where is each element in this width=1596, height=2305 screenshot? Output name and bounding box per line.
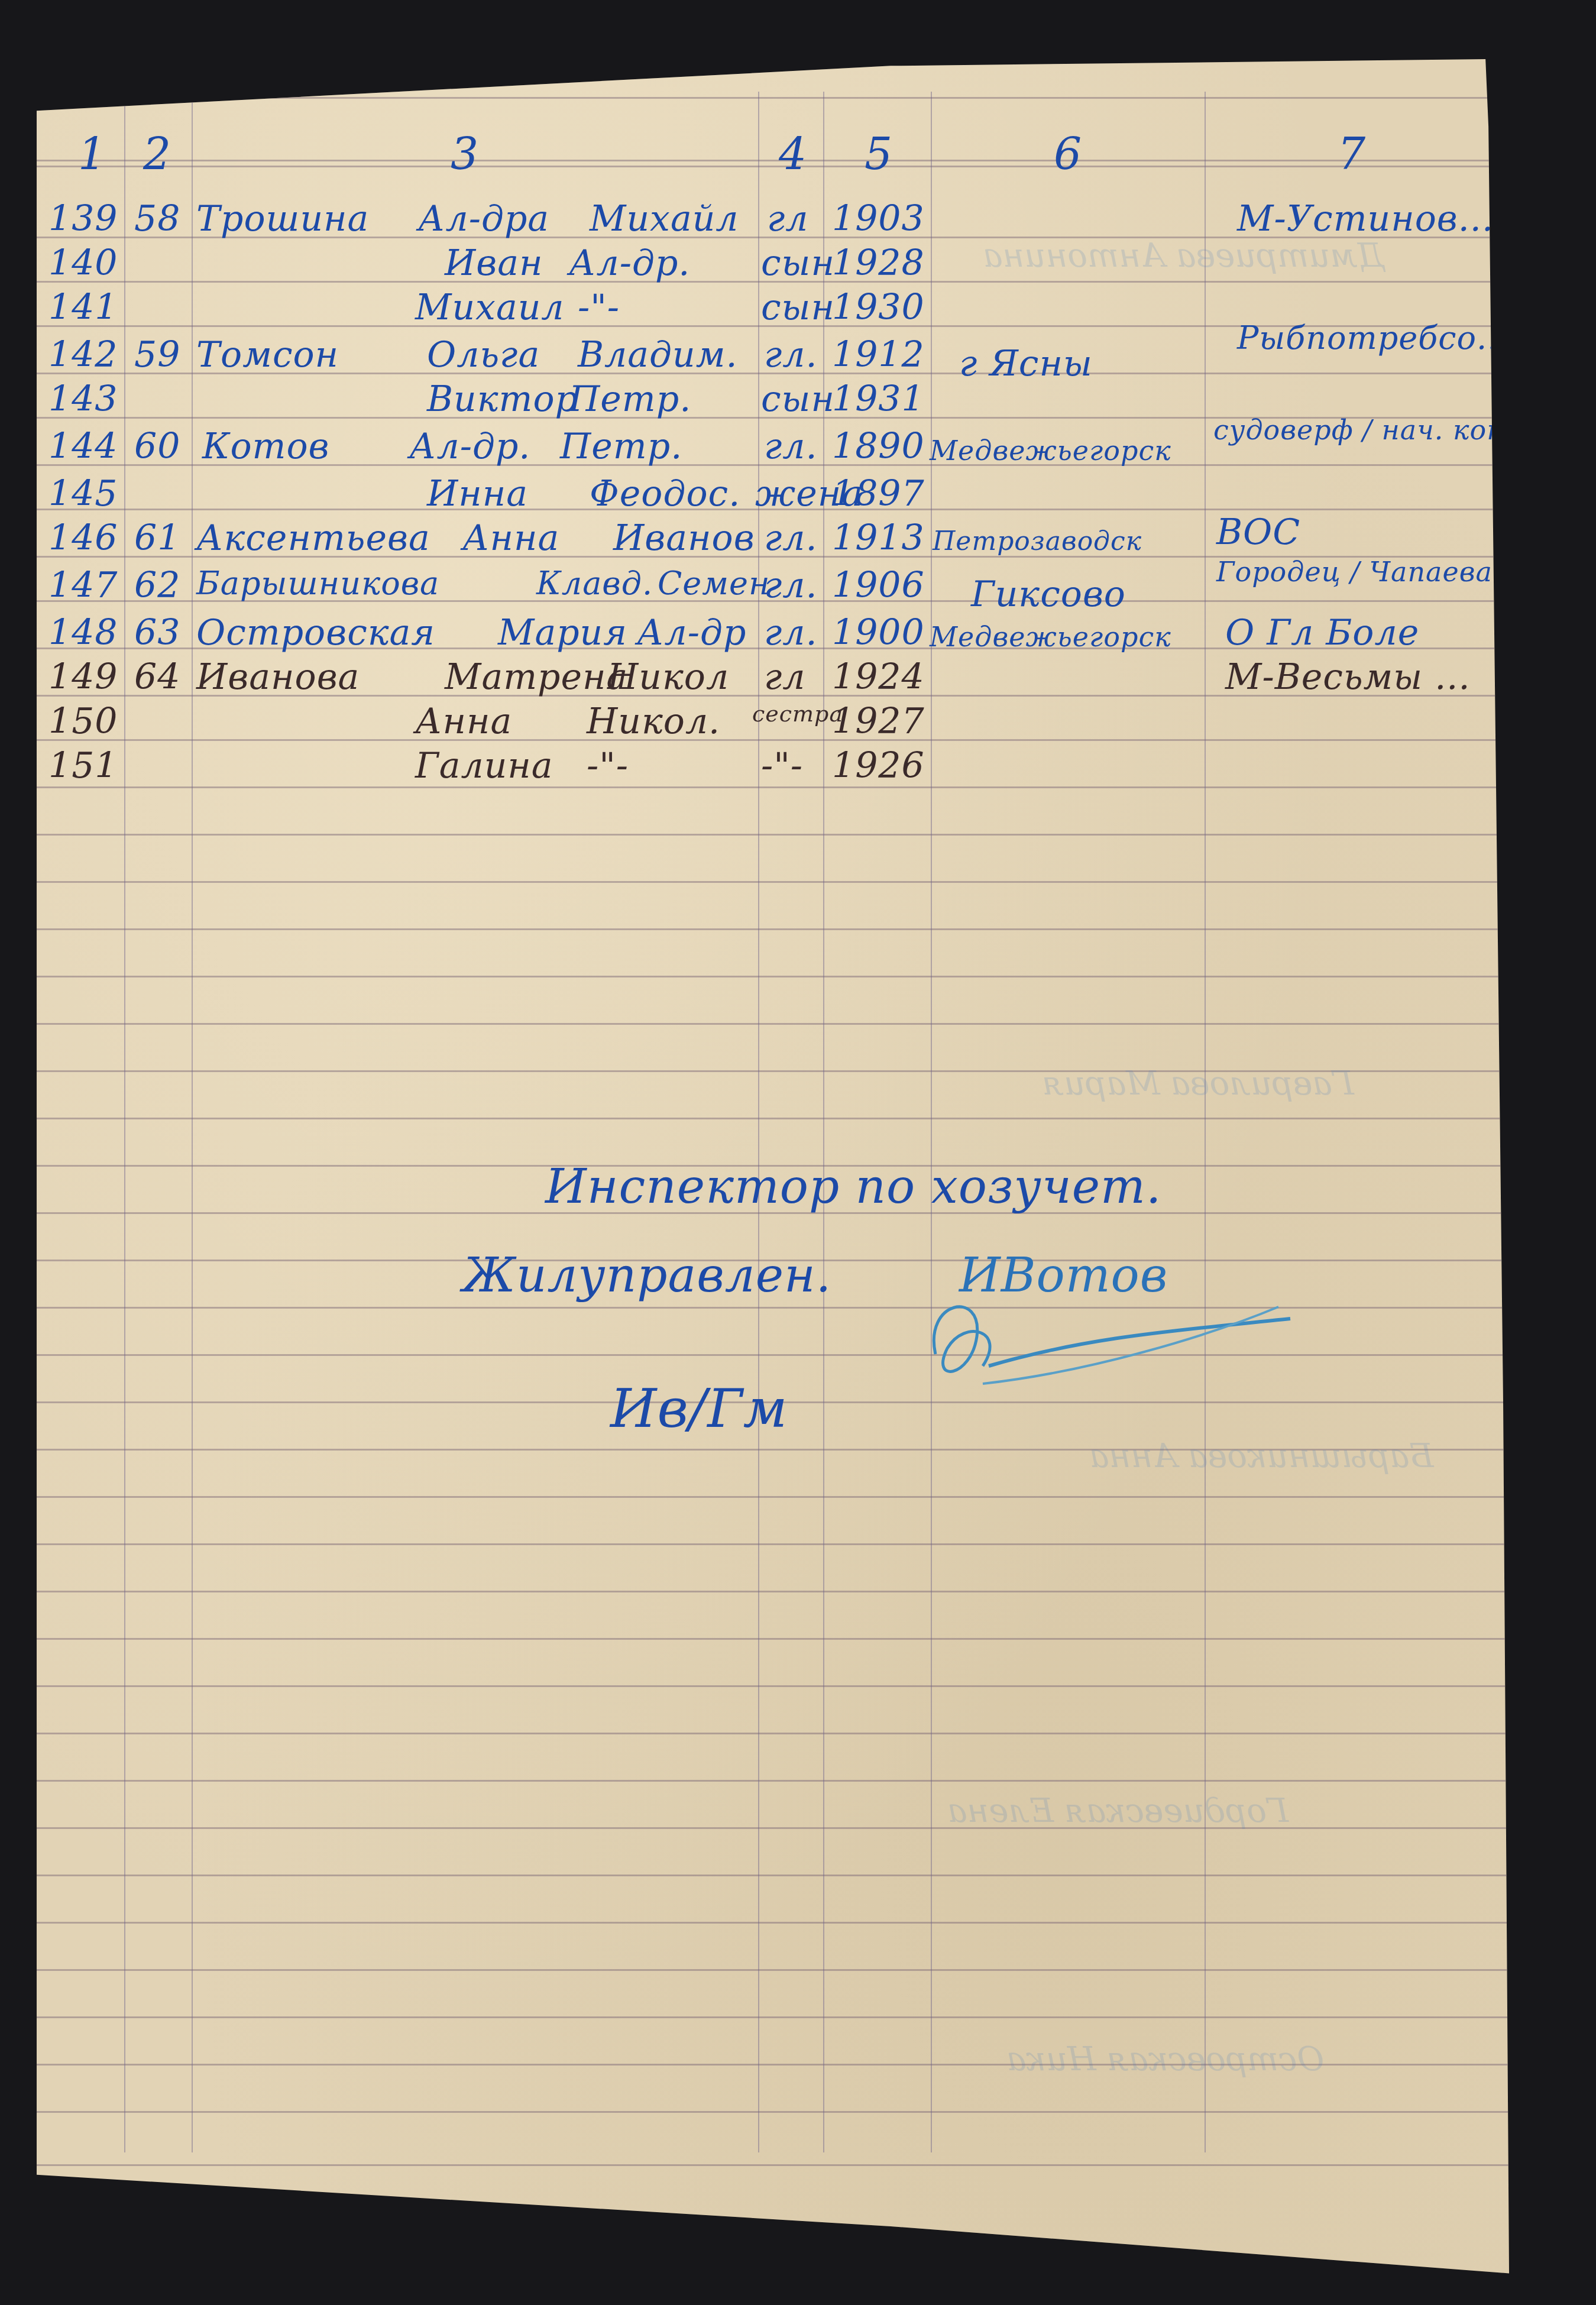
relation: гл: [764, 656, 806, 698]
patronymic: Ал-др.: [569, 242, 690, 284]
birthplace: Медвежьегорск: [930, 435, 1171, 467]
birth-year: 1890: [832, 426, 925, 467]
row-rule: [37, 881, 1509, 883]
relation: гл.: [764, 426, 818, 467]
column-divider: [758, 92, 759, 2152]
patronymic: Ал-др: [637, 612, 746, 653]
patronymic: Петр.: [560, 426, 682, 467]
note: О Гл Боле: [1225, 612, 1419, 653]
note: судоверф / нач. конс. бю...: [1213, 414, 1596, 446]
inspector-title: Инспектор по хозучет.: [545, 1159, 1161, 1214]
row-rule: [37, 1591, 1509, 1592]
given-name: Инна: [427, 473, 528, 514]
given-name: Матрена: [445, 656, 628, 698]
bleed-through-text: Гаврилова Мария: [1042, 1064, 1354, 1103]
row-rule: [37, 1780, 1509, 1782]
column-header-7: 7: [1338, 129, 1366, 180]
relation: сестра: [752, 701, 843, 727]
header-top-rule: [37, 97, 1509, 99]
family-number: 62: [134, 565, 180, 606]
patronymic: Семен: [658, 565, 771, 602]
patronymic: Феодос.: [590, 473, 740, 514]
row-rule: [37, 786, 1509, 788]
row-rule: [37, 1969, 1509, 1971]
bleed-through-text: Барышникова Анна: [1089, 1437, 1434, 1475]
row-rule: [37, 1496, 1509, 1498]
department-line: Жилуправлен.: [462, 1248, 831, 1303]
patronymic: -"-: [578, 287, 620, 328]
row-number: 149: [48, 656, 118, 698]
relation: гл.: [764, 565, 818, 606]
patronymic: Никол.: [587, 701, 720, 742]
family-number: 58: [134, 198, 180, 239]
row-rule: [37, 834, 1509, 836]
row-rule: [37, 1733, 1509, 1734]
given-name: Ал-др.: [409, 426, 530, 467]
signature-flourish-icon: [912, 1265, 1326, 1419]
surname: Трошина: [196, 198, 369, 239]
given-name: Михаил: [415, 287, 565, 328]
birth-year: 1897: [832, 473, 925, 514]
birth-year: 1900: [832, 612, 925, 653]
row-number: 147: [48, 565, 118, 606]
relation: гл.: [764, 612, 818, 653]
column-header-2: 2: [143, 129, 171, 180]
row-rule: [37, 2164, 1509, 2166]
header-bottom-rule: [37, 160, 1509, 161]
initials: Ив/Гм: [610, 1378, 788, 1440]
row-number: 144: [48, 426, 118, 467]
relation: сын: [761, 287, 835, 328]
given-name: Анна: [415, 701, 512, 742]
row-rule: [37, 1685, 1509, 1687]
row-rule: [37, 928, 1509, 930]
given-name: Галина: [415, 745, 553, 786]
note: М-Устинов...: [1237, 198, 1494, 239]
patronymic: Владим.: [578, 334, 738, 375]
row-rule: [37, 2111, 1509, 2113]
column-divider: [124, 92, 125, 2152]
row-rule: [37, 976, 1509, 977]
row-rule: [37, 739, 1509, 741]
relation: гл.: [764, 334, 818, 375]
row-number: 146: [48, 517, 118, 559]
note: ВОС: [1216, 511, 1300, 553]
row-rule: [37, 1638, 1509, 1640]
given-name: Виктор: [427, 378, 578, 420]
birth-year: 1912: [832, 334, 925, 375]
relation: сын: [761, 378, 835, 420]
given-name: Мария: [498, 612, 627, 653]
column-header-3: 3: [451, 129, 479, 180]
family-number: 61: [134, 517, 180, 559]
row-rule: [37, 1543, 1509, 1545]
birthplace: Гиксово: [971, 574, 1126, 615]
column-divider: [931, 92, 932, 2152]
column-header-4: 4: [779, 129, 807, 180]
bleed-through-text: Дмитриева Антонина: [983, 237, 1384, 275]
row-rule: [37, 2016, 1509, 2018]
patronymic: Петр.: [569, 378, 691, 420]
family-number: 64: [134, 656, 180, 698]
row-number: 145: [48, 473, 118, 514]
given-name: Ольга: [427, 334, 540, 375]
patronymic: -"-: [587, 745, 629, 786]
column-divider: [192, 92, 193, 2152]
note: Городец / Чапаева 25: [1216, 556, 1537, 588]
row-number: 151: [48, 745, 118, 786]
surname: Котов: [202, 426, 330, 467]
birth-year: 1927: [832, 701, 925, 742]
birth-year: 1930: [832, 287, 925, 328]
patronymic: Михайл: [590, 198, 739, 239]
row-number: 139: [48, 198, 118, 239]
birth-year: 1931: [832, 378, 925, 420]
birth-year: 1928: [832, 242, 925, 284]
column-header-6: 6: [1054, 129, 1082, 180]
birth-year: 1926: [832, 745, 925, 786]
birth-year: 1903: [832, 198, 925, 239]
relation: гл.: [764, 517, 818, 559]
surname: Иванова: [196, 656, 360, 698]
surname: Островская: [196, 612, 435, 653]
given-name: Иван: [445, 242, 543, 284]
given-name: Ал-дра: [418, 198, 549, 239]
row-rule: [37, 1875, 1509, 1876]
birthplace: Медвежьегорск: [930, 621, 1171, 653]
column-header-1: 1: [78, 129, 106, 180]
row-rule: [37, 1118, 1509, 1119]
birthplace: г Ясны: [959, 343, 1093, 384]
relation: сын: [761, 242, 835, 284]
note: Рыбпотребсо...: [1237, 319, 1509, 357]
family-number: 59: [134, 334, 180, 375]
birthplace: Петрозаводск: [933, 526, 1142, 556]
document-page: Дмитриева Антонина Гаврилова Мария Барыш…: [37, 59, 1509, 2300]
surname: Барышникова: [196, 565, 439, 602]
birth-year: 1924: [832, 656, 925, 698]
birth-year: 1906: [832, 565, 925, 606]
row-number: 141: [48, 287, 118, 328]
family-number: 63: [134, 612, 180, 653]
surname: Аксентьева: [196, 517, 430, 559]
patronymic: Иванов: [613, 517, 755, 559]
column-header-5: 5: [865, 129, 893, 180]
row-number: 142: [48, 334, 118, 375]
row-number: 140: [48, 242, 118, 284]
patronymic: Никол: [607, 656, 729, 698]
row-number: 150: [48, 701, 118, 742]
family-number: 60: [134, 426, 180, 467]
birth-year: 1913: [832, 517, 925, 559]
row-number: 143: [48, 378, 118, 420]
row-number: 148: [48, 612, 118, 653]
given-name: Анна: [462, 517, 559, 559]
relation: гл: [767, 198, 809, 239]
bleed-through-text: Гордиевская Елена: [947, 1792, 1289, 1830]
given-name: Клавд.: [536, 565, 653, 602]
surname: Томсон: [196, 334, 339, 375]
row-rule: [37, 1023, 1509, 1025]
row-rule: [37, 1922, 1509, 1924]
column-divider: [1205, 92, 1206, 2152]
bleed-through-text: Островская Ника: [1006, 2040, 1324, 2079]
relation: -"-: [761, 745, 803, 786]
note: М-Весьмы ...: [1225, 656, 1470, 698]
